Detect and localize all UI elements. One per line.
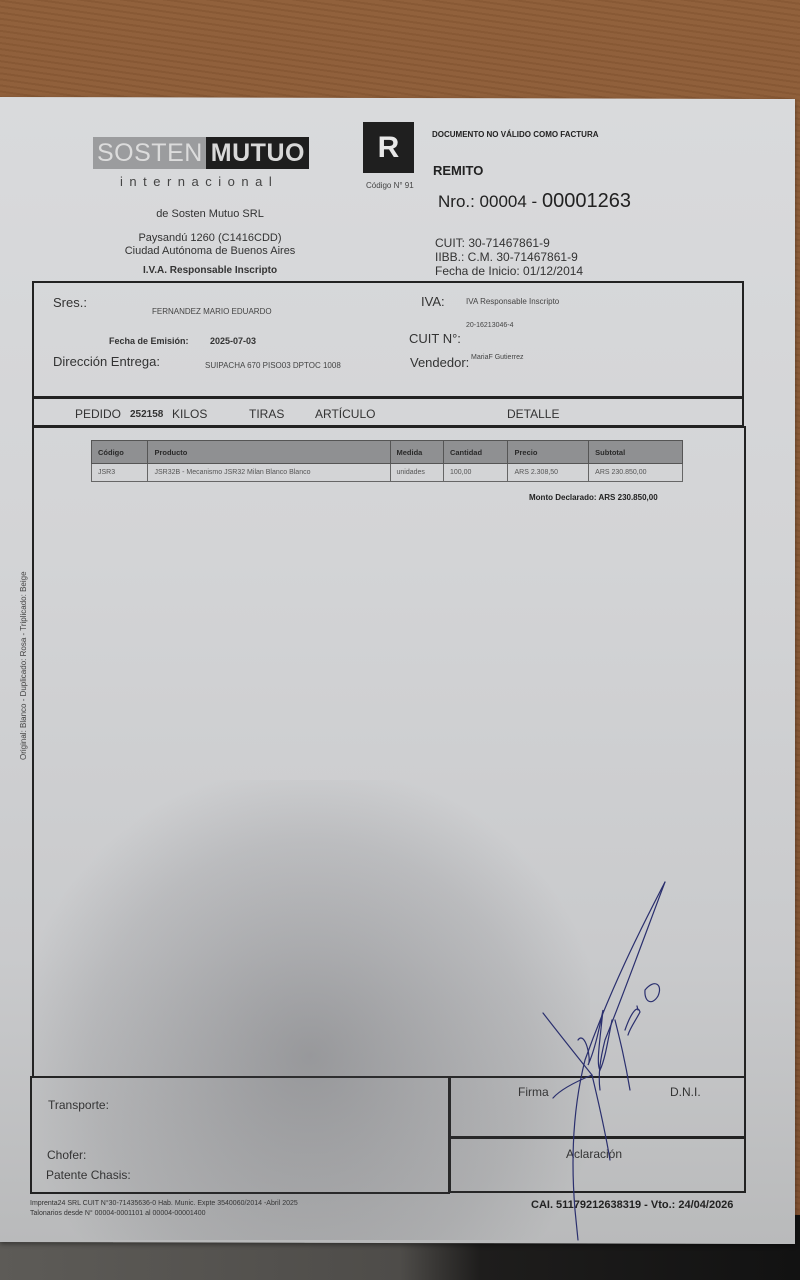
logo-light-text: SOSTEN <box>93 137 206 169</box>
delivery-label: Dirección Entrega: <box>53 354 160 369</box>
column-header-producto: Producto <box>148 441 390 464</box>
transporte-label: Transporte: <box>48 1098 109 1112</box>
aclaracion-label: Aclaración <box>566 1147 622 1161</box>
chofer-label: Chofer: <box>47 1148 86 1162</box>
table-cell: JSR3 <box>92 464 148 482</box>
firma-label: Firma <box>518 1085 549 1099</box>
copy-color-legend: Original: Blanco - Duplicado: Rosa - Tri… <box>19 571 28 760</box>
patente-label: Patente Chasis: <box>46 1168 131 1182</box>
company-address-2: Ciudad Autónoma de Buenos Aires <box>80 245 340 257</box>
company-address-1: Paysandú 1260 (C1416CDD) <box>80 232 340 244</box>
column-header-precio: Precio <box>508 441 589 464</box>
client-cuit-value: 20-16213046-4 <box>466 322 514 329</box>
cai-number: CAI. 51179212638319 - Vto.: 24/04/2026 <box>531 1199 733 1211</box>
company-name: de Sosten Mutuo SRL <box>80 208 340 220</box>
printer-info-1: Imprenta24 SRL CUIT N°30-71435636-0 Hab.… <box>30 1200 298 1207</box>
table-cell: unidades <box>390 464 443 482</box>
client-name: FERNANDEZ MARIO EDUARDO <box>152 307 272 316</box>
declared-amount-label: Monto Declarado: <box>529 493 597 502</box>
printer-info-2: Talonarios desde N° 00004-0001101 al 000… <box>30 1210 205 1217</box>
declared-amount: Monto Declarado: ARS 230.850,00 <box>529 493 658 502</box>
signature-box <box>449 1076 746 1138</box>
doc-letter-box: R <box>363 122 414 173</box>
company-logo: SOSTEN MUTUO <box>93 137 309 169</box>
issuer-iibb: IIBB.: C.M. 30-71467861-9 <box>435 250 578 264</box>
items-table-header: CódigoProductoMedidaCantidadPrecioSubtot… <box>92 441 683 464</box>
column-header-cantidad: Cantidad <box>443 441 508 464</box>
not-valid-notice: DOCUMENTO NO VÁLIDO COMO FACTURA <box>432 130 599 139</box>
iva-label: IVA: <box>421 294 445 309</box>
doc-code: Código N° 91 <box>366 181 414 190</box>
kilos-label: KILOS <box>172 407 207 421</box>
detalle-label: DETALLE <box>507 407 559 421</box>
logo-dark-text: MUTUO <box>206 137 309 169</box>
table-row: JSR3JSR32B - Mecanismo JSR32 Milan Blanc… <box>92 464 683 482</box>
column-header-medida: Medida <box>390 441 443 464</box>
client-iva-value: IVA Responsable Inscripto <box>466 297 559 306</box>
issuer-cuit: CUIT: 30-71467861-9 <box>435 236 550 250</box>
logo-subtitle: internacional <box>120 174 278 189</box>
table-cell: ARS 2.308,50 <box>508 464 589 482</box>
issuer-start-date: Fecha de Inicio: 01/12/2014 <box>435 264 583 278</box>
doc-number: Nro.: 00004 - 00001263 <box>438 190 631 213</box>
company-iva: I.V.A. Responsable Inscripto <box>80 265 340 276</box>
column-header-codigo: Código <box>92 441 148 464</box>
seller-label: Vendedor: <box>410 355 469 370</box>
emission-label: Fecha de Emisión: <box>109 336 189 346</box>
doc-type: REMITO <box>433 163 483 178</box>
client-cuit-label: CUIT N°: <box>409 331 461 346</box>
sres-label: Sres.: <box>53 295 87 310</box>
column-header-subtotal: Subtotal <box>589 441 683 464</box>
dni-label: D.N.I. <box>670 1085 701 1099</box>
delivery-address: SUIPACHA 670 PISO03 DPTOC 1008 <box>205 361 341 370</box>
tiras-label: TIRAS <box>249 407 284 421</box>
detail-area <box>32 426 746 1078</box>
clarification-box <box>449 1137 746 1193</box>
table-cell: ARS 230.850,00 <box>589 464 683 482</box>
doc-number-value: 00001263 <box>542 190 631 212</box>
doc-number-prefix: Nro.: 00004 - <box>438 192 542 211</box>
seller-value: MariaF Gutierrez <box>471 354 524 361</box>
pedido-value: 252158 <box>130 409 163 420</box>
articulo-label: ARTÍCULO <box>315 407 375 421</box>
table-cell: 100,00 <box>443 464 508 482</box>
pedido-label: PEDIDO <box>75 407 121 421</box>
table-cell: JSR32B - Mecanismo JSR32 Milan Blanco Bl… <box>148 464 390 482</box>
declared-amount-value: ARS 230.850,00 <box>599 493 658 502</box>
emission-date: 2025-07-03 <box>210 336 256 346</box>
items-table: CódigoProductoMedidaCantidadPrecioSubtot… <box>91 440 683 482</box>
